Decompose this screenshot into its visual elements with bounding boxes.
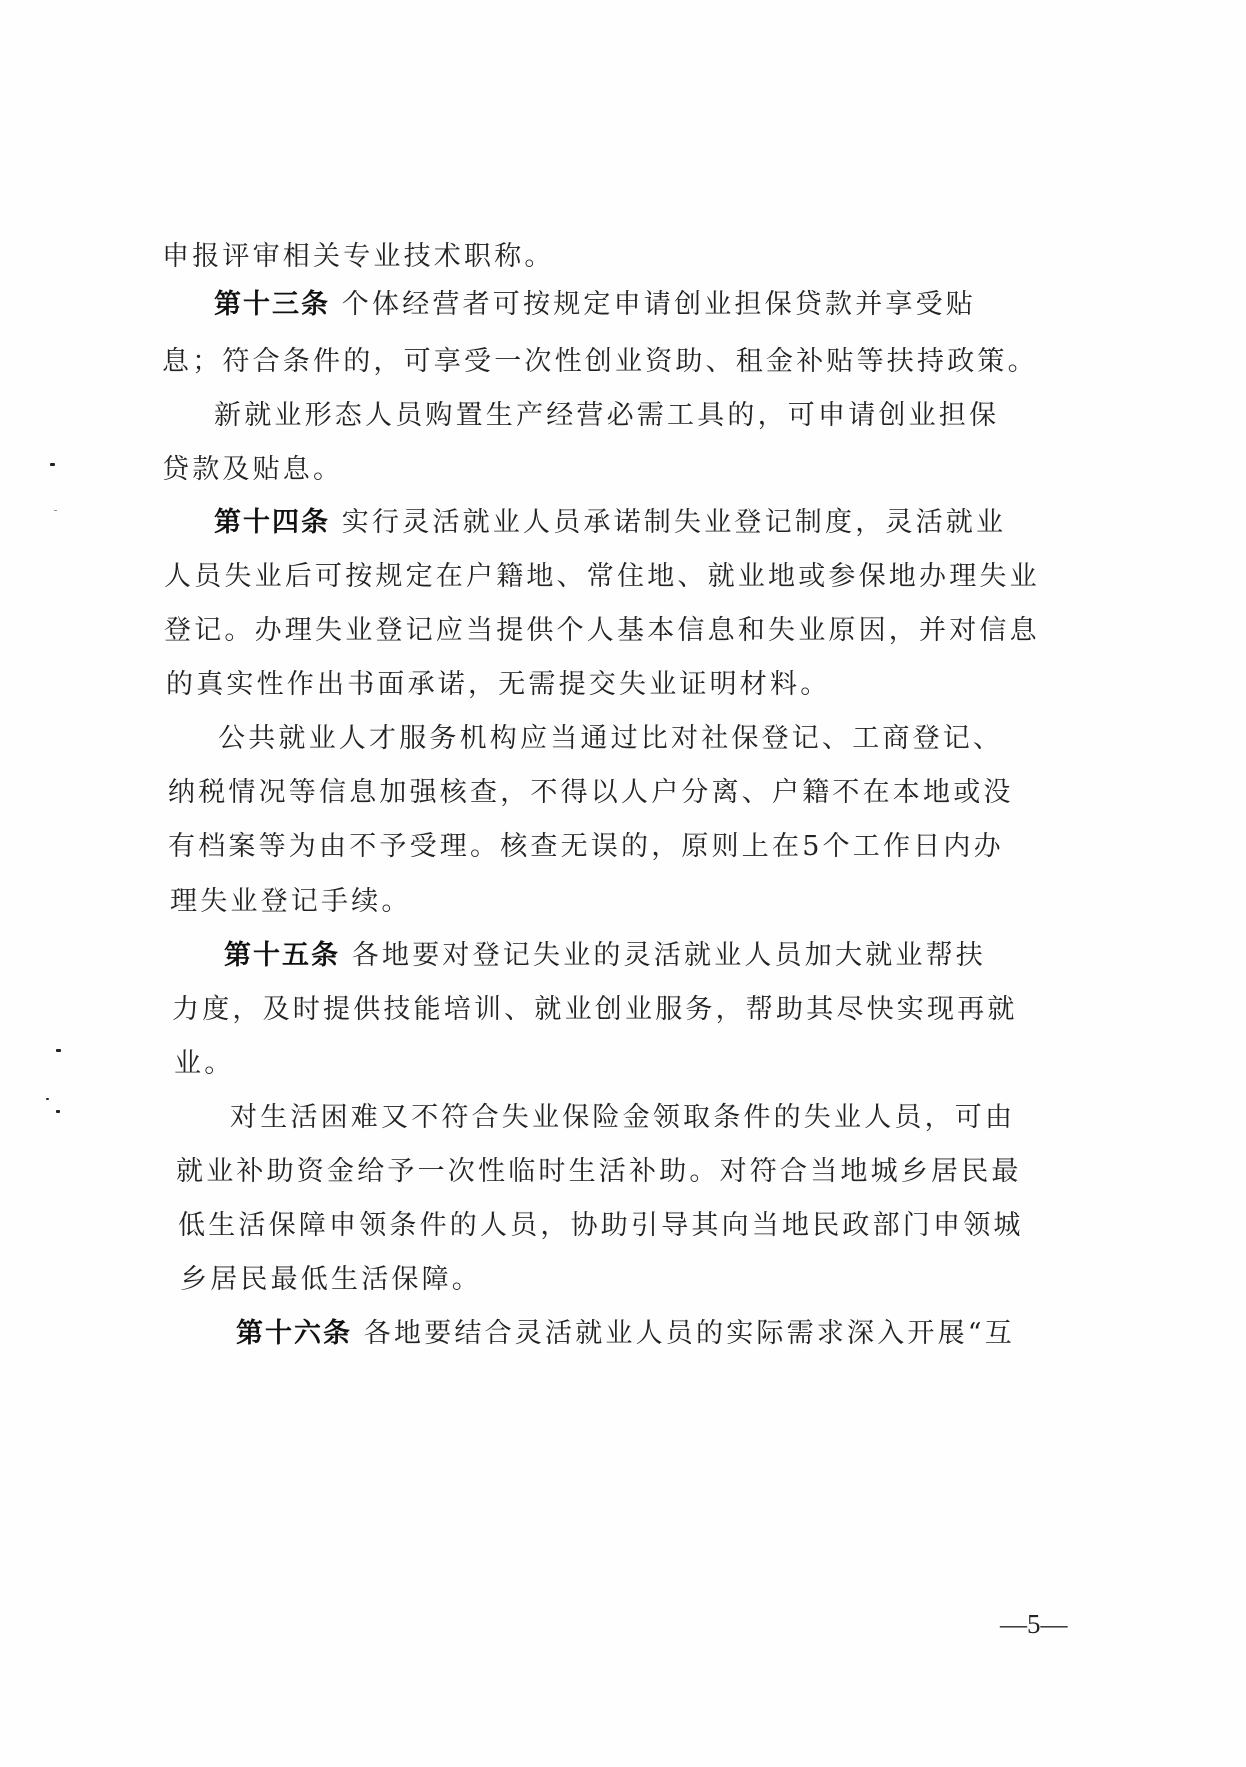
- text-line: 登记。办理失业登记应当提供个人基本信息和失业原因，并对信息: [164, 614, 1040, 648]
- text-line: 的真实性作出书面承诺，无需提交失业证明材料。: [166, 668, 830, 702]
- line-text: 低生活保障申领条件的人员，协助引导其向当地民政部门申领城: [178, 1210, 1024, 1241]
- line-text: 登记。办理失业登记应当提供个人基本信息和失业原因，并对信息: [164, 615, 1040, 646]
- article-label: 第十六条: [236, 1318, 352, 1349]
- line-text: 的真实性作出书面承诺，无需提交失业证明材料。: [166, 669, 830, 700]
- article-label: 第十四条: [214, 507, 330, 538]
- text-line: 力度，及时提供技能培训、就业创业服务，帮助其尽快实现再就: [172, 993, 1018, 1027]
- line-text: 有档案等为由不予受理。核查无误的，原则上在5个工作日内办: [168, 831, 1004, 862]
- text-line: 有档案等为由不予受理。核查无误的，原则上在5个工作日内办: [168, 830, 1004, 864]
- document-page: 申报评审相关专业技术职称。 第十三条 个体经营者可按规定申请创业担保贷款并享受贴…: [0, 0, 1246, 1767]
- line-text: 力度，及时提供技能培训、就业创业服务，帮助其尽快实现再就: [172, 994, 1018, 1025]
- text-line: 乡居民最低生活保障。: [180, 1263, 482, 1297]
- text-line: 申报评审相关专业技术职称。: [162, 240, 555, 274]
- scan-speck: [56, 1049, 61, 1052]
- scan-speck: [46, 1098, 49, 1100]
- line-text: 息；符合条件的，可享受一次性创业资助、租金补贴等扶持政策。: [162, 346, 1038, 377]
- line-text: 纳税情况等信息加强核查，不得以人户分离、户籍不在本地或没: [168, 777, 1014, 808]
- text-line: 业。: [174, 1047, 234, 1081]
- line-text: 个体经营者可按规定申请创业担保贷款并享受贴: [342, 289, 976, 320]
- line-text: 对生活困难又不符合失业保险金领取条件的失业人员，可由: [230, 1102, 1015, 1133]
- line-text: 申报评审相关专业技术职称。: [162, 241, 555, 272]
- article-14-heading-line: 第十四条 实行灵活就业人员承诺制失业登记制度，灵活就业: [214, 506, 1006, 540]
- article-label: 第十五条: [224, 940, 340, 971]
- page-number: —5—: [1000, 1607, 1068, 1641]
- line-text: 乡居民最低生活保障。: [180, 1264, 482, 1295]
- line-text: 公共就业人才服务机构应当通过比对社保登记、工商登记、: [218, 723, 1003, 754]
- line-text: 就业补助资金给予一次性临时生活补助。对符合当地城乡居民最: [176, 1156, 1022, 1187]
- text-line: 新就业形态人员购置生产经营必需工具的，可申请创业担保: [214, 399, 999, 433]
- scan-speck: [50, 463, 55, 466]
- line-text: 贷款及贴息。: [162, 454, 343, 485]
- scan-speck: [56, 1110, 60, 1113]
- text-line: 就业补助资金给予一次性临时生活补助。对符合当地城乡居民最: [176, 1155, 1022, 1189]
- line-text: 业。: [174, 1048, 234, 1079]
- article-label: 第十三条: [214, 289, 330, 320]
- line-text: 新就业形态人员购置生产经营必需工具的，可申请创业担保: [214, 400, 999, 431]
- text-line: 贷款及贴息。: [162, 453, 343, 487]
- text-line: 人员失业后可按规定在户籍地、常住地、就业地或参保地办理失业: [164, 560, 1040, 594]
- text-line: 对生活困难又不符合失业保险金领取条件的失业人员，可由: [230, 1101, 1015, 1135]
- text-line: 低生活保障申领条件的人员，协助引导其向当地民政部门申领城: [178, 1209, 1024, 1243]
- line-text: 人员失业后可按规定在户籍地、常住地、就业地或参保地办理失业: [164, 561, 1040, 592]
- line-text: 实行灵活就业人员承诺制失业登记制度，灵活就业: [342, 507, 1006, 538]
- text-line: 理失业登记手续。: [170, 885, 412, 919]
- text-line: 纳税情况等信息加强核查，不得以人户分离、户籍不在本地或没: [168, 776, 1014, 810]
- text-line: 公共就业人才服务机构应当通过比对社保登记、工商登记、: [218, 722, 1003, 756]
- line-text: 各地要结合灵活就业人员的实际需求深入开展“互: [364, 1318, 1015, 1349]
- article-16-heading-line: 第十六条 各地要结合灵活就业人员的实际需求深入开展“互: [236, 1317, 1015, 1351]
- line-text: 各地要对登记失业的灵活就业人员加大就业帮扶: [352, 940, 986, 971]
- article-13-heading-line: 第十三条 个体经营者可按规定申请创业担保贷款并享受贴: [214, 288, 976, 322]
- scan-speck: [54, 510, 57, 511]
- text-line: 息；符合条件的，可享受一次性创业资助、租金补贴等扶持政策。: [162, 345, 1038, 379]
- line-text: 理失业登记手续。: [170, 886, 412, 917]
- article-15-heading-line: 第十五条 各地要对登记失业的灵活就业人员加大就业帮扶: [224, 939, 986, 973]
